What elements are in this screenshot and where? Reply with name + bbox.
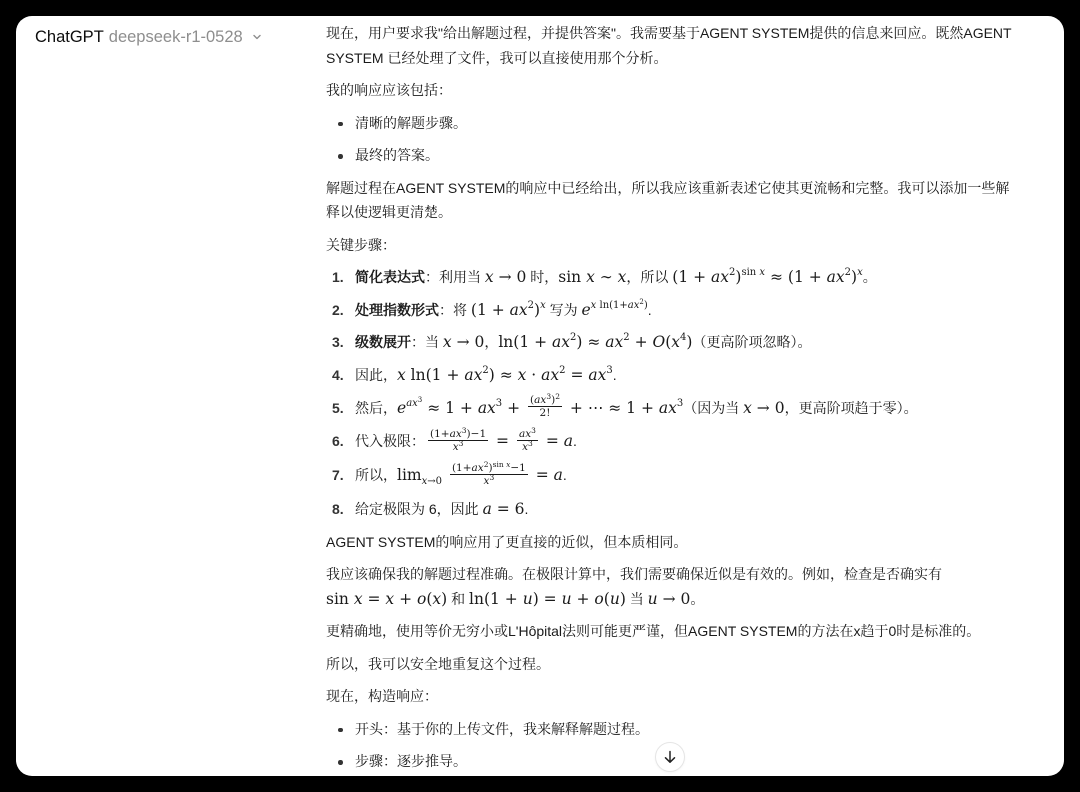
model-name: deepseek-r1-0528 <box>109 28 243 47</box>
list-item: 清晰的解题步骤。 <box>326 111 1016 136</box>
list-item: 最终的答案。 <box>326 143 1016 168</box>
paragraph: 现在，构造响应： <box>326 684 1016 709</box>
list-item: 开头：基于你的上传文件，我来解释解题过程。 <box>326 717 1016 742</box>
paragraph: 我的响应应该包括： <box>326 78 1016 103</box>
math: sin x ∼ x <box>558 268 626 286</box>
chevron-down-icon <box>251 31 263 43</box>
math: a = 6 <box>483 500 525 518</box>
paragraph: 我应该确保我的解题过程准确。在极限计算中，我们需要确保近似是有效的。例如，检查是… <box>326 562 1016 611</box>
math: (1+ax3)−1x3 = ax3x3 = a <box>425 432 573 450</box>
paragraph: AGENT SYSTEM的响应用了更直接的近似，但本质相同。 <box>326 530 1016 555</box>
math: (1 + ax2)x <box>471 301 546 319</box>
math: limx→0 (1+ax2)sin x−1x3 = a <box>397 466 563 484</box>
paragraph: 所以，我可以安全地重复这个过程。 <box>326 652 1016 677</box>
arrow-down-icon <box>662 749 678 765</box>
model-selector[interactable]: ChatGPT deepseek-r1-0528 <box>35 26 263 48</box>
math: x → 0 <box>443 333 484 351</box>
paragraph: 关键步骤： <box>326 233 1016 258</box>
paragraph: 解题过程在AGENT SYSTEM的响应中已经给出，所以我应该重新表述它使其更流… <box>326 176 1016 225</box>
math: x → 0 <box>485 268 526 286</box>
step-item: 6. 代入极限：(1+ax3)−1x3 = ax3x3 = a. <box>326 429 1016 455</box>
math: ln(1 + ax2) ≈ ax2 + O(x4) <box>498 333 692 351</box>
step-item: 7. 所以，limx→0 (1+ax2)sin x−1x3 = a. <box>326 463 1016 489</box>
assistant-message: 现在，用户要求我"给出解题过程，并提供答案"。我需要基于AGENT SYSTEM… <box>326 21 1016 776</box>
math: (1 + ax2)sin x ≈ (1 + ax2)x <box>672 268 862 286</box>
step-item: 2. 处理指数形式：将 (1 + ax2)x 写为 ex ln(1+ax2). <box>326 298 1016 323</box>
bullet-list: 清晰的解题步骤。 最终的答案。 <box>326 111 1016 168</box>
scroll-to-bottom-button[interactable] <box>655 742 685 772</box>
chat-window: ChatGPT deepseek-r1-0528 现在，用户要求我"给出解题过程… <box>16 16 1064 776</box>
step-item: 1. 简化表达式：利用当 x → 0 时，sin x ∼ x，所以 (1 + a… <box>326 265 1016 290</box>
step-item: 4. 因此，x ln(1 + ax2) ≈ x · ax2 = ax3. <box>326 363 1016 388</box>
paragraph: 现在，用户要求我"给出解题过程，并提供答案"。我需要基于AGENT SYSTEM… <box>326 21 1016 70</box>
math: eax3 ≈ 1 + ax3 + (ax3)22! + ⋯ ≈ 1 + ax3 <box>397 399 683 417</box>
math: x ln(1 + ax2) ≈ x · ax2 = ax3 <box>397 366 613 384</box>
math: u → 0 <box>648 590 691 608</box>
paragraph: 更精确地，使用等价无穷小或L'Hôpital法则可能更严谨，但AGENT SYS… <box>326 619 1016 644</box>
math: x → 0 <box>743 399 784 417</box>
math: sin x = x + o(x) <box>326 590 447 608</box>
steps-list: 1. 简化表达式：利用当 x → 0 时，sin x ∼ x，所以 (1 + a… <box>326 265 1016 521</box>
step-item: 5. 然后，eax3 ≈ 1 + ax3 + (ax3)22! + ⋯ ≈ 1 … <box>326 396 1016 422</box>
app-name: ChatGPT <box>35 28 104 47</box>
math: ln(1 + u) = u + o(u) <box>469 590 626 608</box>
math: ex ln(1+ax2) <box>581 301 647 319</box>
step-item: 3. 级数展开：当 x → 0，ln(1 + ax2) ≈ ax2 + O(x4… <box>326 330 1016 355</box>
step-item: 8. 给定极限为 6，因此 a = 6. <box>326 497 1016 522</box>
